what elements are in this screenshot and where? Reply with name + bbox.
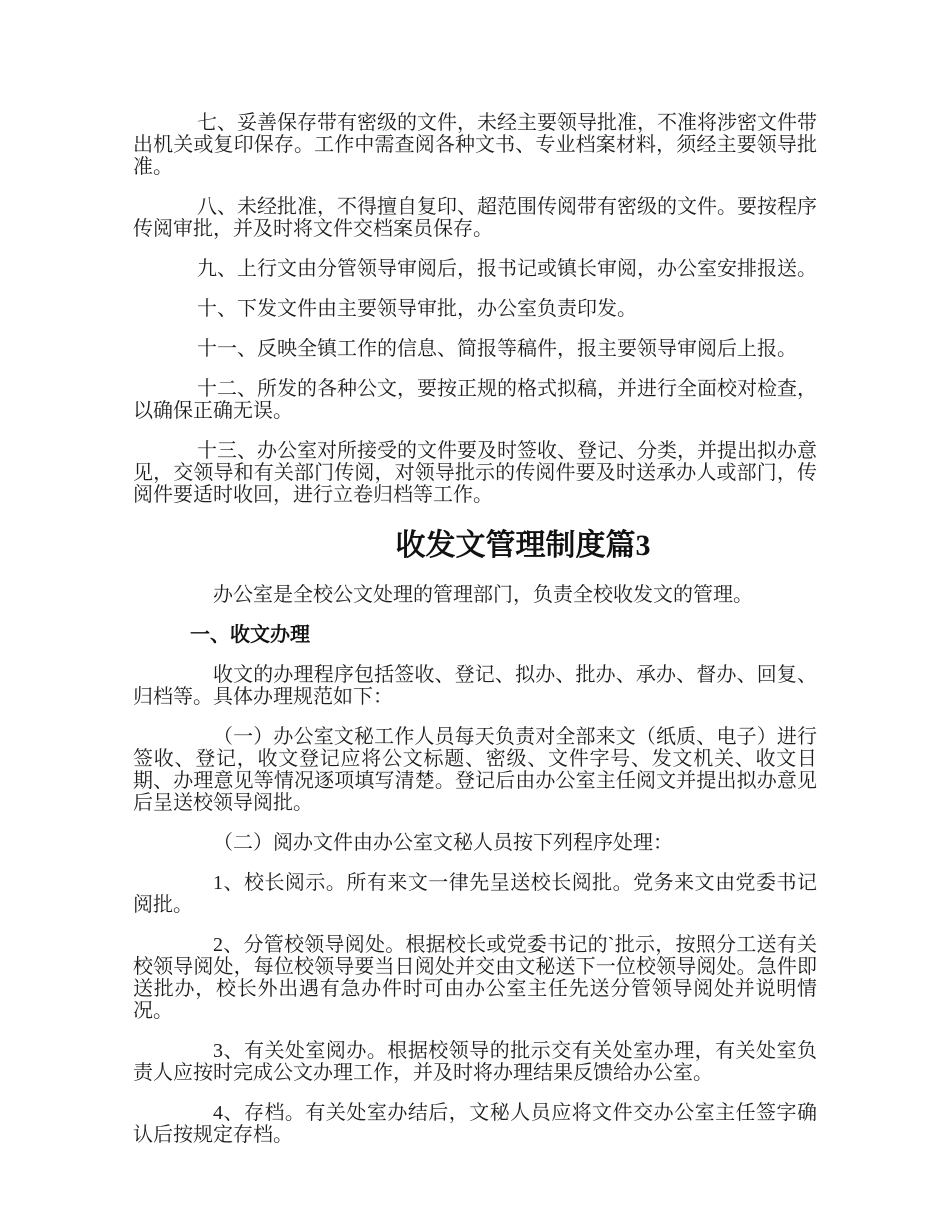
document-page: 七、妥善保存带有密级的文件，未经主要领导批准，不准将涉密文件带出机关或复印保存。… <box>0 0 950 1230</box>
paragraph-step-2: 2、分管校领导阅处。根据校长或党委书记的`批示，按照分工送有关校领导阅处，每位校… <box>133 934 817 1022</box>
paragraph-step-1: 1、校长阅示。所有来文一律先呈送校长阅批。党务来文由党委书记阅批。 <box>133 872 817 916</box>
paragraph-rule-13: 十三、办公室对所接受的文件要及时签收、登记、分类，并提出拟办意见，交领导和有关部… <box>133 440 817 506</box>
paragraph-rule-10: 十、下发文件由主要领导审批，办公室负责印发。 <box>133 298 817 320</box>
paragraph-step-4: 4、存档。有关处室办结后，文秘人员应将文件交办公室主任签字确认后按规定存档。 <box>133 1102 817 1146</box>
paragraph-item-2: （二）阅办文件由办公室文秘人员按下列程序处理： <box>133 832 817 854</box>
paragraph-rule-8: 八、未经批准，不得擅自复印、超范围传阅带有密级的文件。要按程序传阅审批，并及时将… <box>133 196 817 240</box>
paragraph-step-3: 3、有关处室阅办。根据校领导的批示交有关处室办理，有关处室负责人应按时完成公文办… <box>133 1040 817 1084</box>
paragraph-procedure-overview: 收文的办理程序包括签收、登记、拟办、批办、承办、督办、回复、归档等。具体办理规范… <box>133 664 817 708</box>
section-title: 收发文管理制度篇3 <box>133 524 817 568</box>
paragraph-rule-9: 九、上行文由分管领导审阅后，报书记或镇长审阅，办公室安排报送。 <box>133 258 817 280</box>
paragraph-item-1: （一）办公室文秘工作人员每天负责对全部来文（纸质、电子）进行签收、登记，收文登记… <box>133 726 817 814</box>
paragraph-rule-11: 十一、反映全镇工作的信息、简报等稿件，报主要领导审阅后上报。 <box>133 338 817 360</box>
paragraph-rule-12: 十二、所发的各种公文，要按正规的格式拟稿，并进行全面校对检查，以确保正确无误。 <box>133 378 817 422</box>
paragraph-intro: 办公室是全校公文处理的管理部门，负责全校收发文的管理。 <box>133 584 817 606</box>
paragraph-rule-7: 七、妥善保存带有密级的文件，未经主要领导批准，不准将涉密文件带出机关或复印保存。… <box>133 112 817 178</box>
subsection-heading-receiving: 一、收文办理 <box>133 624 817 646</box>
